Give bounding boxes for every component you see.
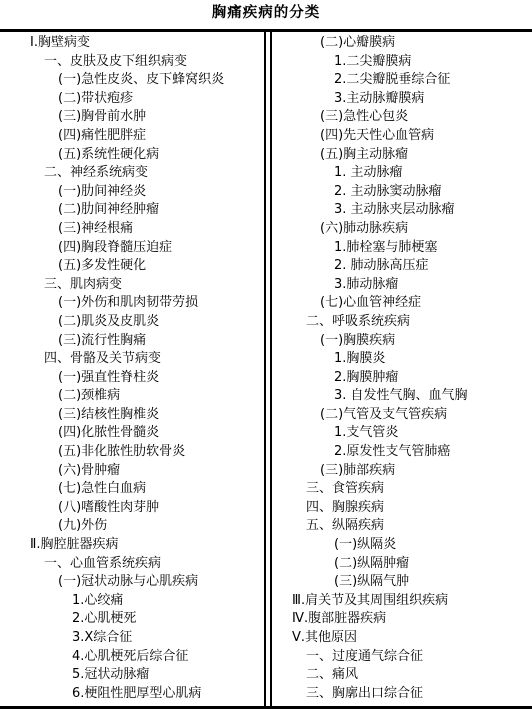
- list-item: 6.梗阻性肥厚型心肌病: [30, 685, 264, 704]
- list-item: (五)非化脓性肋软骨炎: [30, 443, 264, 462]
- list-item: (五)多发性硬化: [30, 257, 264, 276]
- list-item: 三、食管疾病: [292, 480, 532, 499]
- list-item: (一)外伤和肌肉韧带劳损: [30, 294, 264, 313]
- list-item: Ⅱ.胸腔脏器疾病: [30, 536, 264, 555]
- list-item: 三、肌肉病变: [30, 276, 264, 295]
- list-item: (三)胸骨前水肿: [30, 108, 264, 127]
- list-item: (八)嗜酸性肉芽肿: [30, 499, 264, 518]
- classification-table: Ⅰ.胸壁病变一、皮肤及皮下组织病变(一)急性皮炎、皮下蜂窝织炎(二)带状疱疹(三…: [0, 29, 532, 709]
- list-item: 4.心肌梗死后综合征: [30, 648, 264, 667]
- list-item: 1.支气管炎: [292, 424, 532, 443]
- list-item: 二、神经系统病变: [30, 164, 264, 183]
- list-item: 2.二尖瓣脱垂综合征: [292, 71, 532, 90]
- list-item: (三)结核性胸椎炎: [30, 406, 264, 425]
- list-item: (九)外伤: [30, 517, 264, 536]
- list-item: 一、皮肤及皮下组织病变: [30, 53, 264, 72]
- list-item: (七)心血管神经症: [292, 294, 532, 313]
- table-column-left: Ⅰ.胸壁病变一、皮肤及皮下组织病变(一)急性皮炎、皮下蜂窝织炎(二)带状疱疹(三…: [0, 32, 266, 706]
- table-column-right: (二)心瓣膜病1.二尖瓣膜病2.二尖瓣脱垂综合征3.主动脉瓣膜病(三)急性心包炎…: [270, 32, 532, 706]
- list-item: 一、心血管系统疾病: [30, 555, 264, 574]
- list-item: (三)纵隔气肿: [292, 573, 532, 592]
- list-item: 2.原发性支气管肺癌: [292, 443, 532, 462]
- list-item: 2.胸膜肿瘤: [292, 369, 532, 388]
- list-item: 5.冠状动脉瘤: [30, 666, 264, 685]
- page-title: 胸痛疾病的分类: [0, 0, 532, 29]
- list-item: 1.肺栓塞与肺梗塞: [292, 239, 532, 258]
- list-item: (二)肋间神经肿瘤: [30, 201, 264, 220]
- list-item: (四)胸段脊髓压迫症: [30, 239, 264, 258]
- list-item: (二)心瓣膜病: [292, 34, 532, 53]
- list-item: Ⅲ.肩关节及其周围组织疾病: [292, 592, 532, 611]
- list-item: Ⅰ.胸壁病变: [30, 34, 264, 53]
- list-item: 3. 自发性气胸、血气胸: [292, 387, 532, 406]
- list-item: (四)痛性肥胖症: [30, 127, 264, 146]
- list-item: (二)肌炎及皮肌炎: [30, 313, 264, 332]
- list-item: (一)急性皮炎、皮下蜂窝织炎: [30, 71, 264, 90]
- list-item: (一)肋间神经炎: [30, 183, 264, 202]
- list-item: 2.心肌梗死: [30, 610, 264, 629]
- list-item: (二)纵隔肿瘤: [292, 555, 532, 574]
- list-item: 1.二尖瓣膜病: [292, 53, 532, 72]
- list-item: 二、痛风: [292, 666, 532, 685]
- list-item: (三)急性心包炎: [292, 108, 532, 127]
- list-item: 五、纵隔疾病: [292, 517, 532, 536]
- list-item: 四、骨骼及关节病变: [30, 350, 264, 369]
- list-item: 四、胸腺疾病: [292, 499, 532, 518]
- list-item: 1.心绞痛: [30, 592, 264, 611]
- list-item: (四)先天性心血管病: [292, 127, 532, 146]
- list-item: 2. 肺动脉高压症: [292, 257, 532, 276]
- list-item: (六)骨肿瘤: [30, 462, 264, 481]
- list-item: (三)流行性胸痛: [30, 332, 264, 351]
- list-item: 3. 主动脉夹层动脉瘤: [292, 201, 532, 220]
- list-item: (六)肺动脉疾病: [292, 220, 532, 239]
- list-item: 1.胸膜炎: [292, 350, 532, 369]
- list-item: Ⅴ.其他原因: [292, 629, 532, 648]
- list-item: Ⅳ.腹部脏器疾病: [292, 610, 532, 629]
- list-item: (一)纵隔炎: [292, 536, 532, 555]
- list-item: 三、胸廓出口综合征: [292, 685, 532, 704]
- list-item: (四)化脓性骨髓炎: [30, 424, 264, 443]
- list-item: (三)神经根痛: [30, 220, 264, 239]
- list-item: 3.X综合征: [30, 629, 264, 648]
- document-page: 胸痛疾病的分类 Ⅰ.胸壁病变一、皮肤及皮下组织病变(一)急性皮炎、皮下蜂窝织炎(…: [0, 0, 532, 709]
- list-item: (二)带状疱疹: [30, 90, 264, 109]
- list-item: (三)肺部疾病: [292, 462, 532, 481]
- list-item: (一)冠状动脉与心肌疾病: [30, 573, 264, 592]
- list-item: 二、呼吸系统疾病: [292, 313, 532, 332]
- list-item: (七)急性白血病: [30, 480, 264, 499]
- list-item: 3.主动脉瓣膜病: [292, 90, 532, 109]
- list-item: (二)颈椎病: [30, 387, 264, 406]
- list-item: (一)胸膜疾病: [292, 332, 532, 351]
- list-item: (五)系统性硬化病: [30, 146, 264, 165]
- list-item: (二)气管及支气管疾病: [292, 406, 532, 425]
- list-item: 3.肺动脉瘤: [292, 276, 532, 295]
- list-item: 2. 主动脉窦动脉瘤: [292, 183, 532, 202]
- list-item: (一)强直性脊柱炎: [30, 369, 264, 388]
- list-item: (五)胸主动脉瘤: [292, 146, 532, 165]
- list-item: 1. 主动脉瘤: [292, 164, 532, 183]
- list-item: 一、过度通气综合征: [292, 648, 532, 667]
